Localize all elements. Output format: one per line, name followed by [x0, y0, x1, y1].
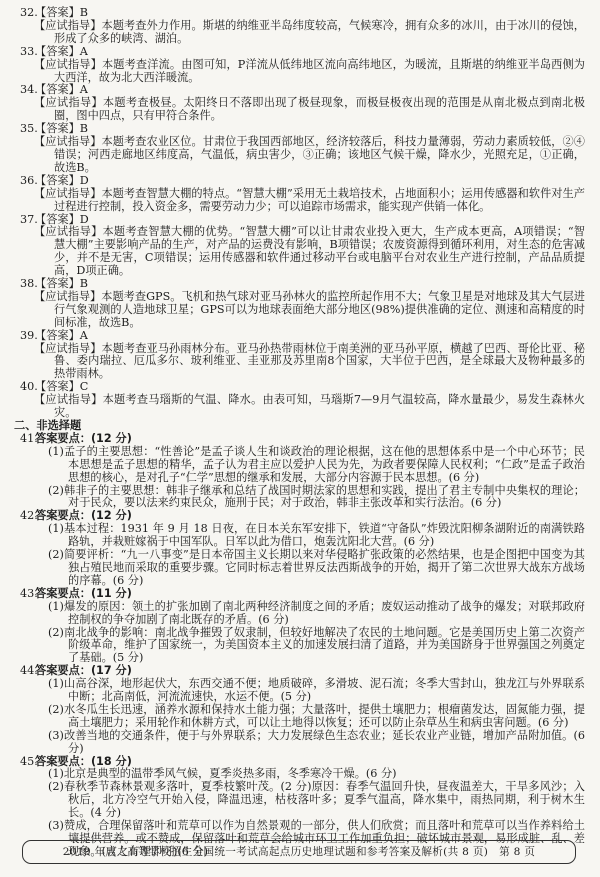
answer-content: 32.【答案】B 【应试指导】本题考查外力作用。斯堪的纳维亚半岛纬度较高，气候寒… [20, 7, 585, 859]
guide-tag: 【应试指导】 [34, 393, 103, 406]
essay-answer-43: 43.答案要点：(11 分) (1)爆发的原因：领土的扩张加剧了南北两种经济制度… [20, 588, 585, 665]
answer-point: (2)春秋季节森林景观多落叶，夏季枝繁叶茂。(2 分)原因：春季气温回升快，昼夜… [34, 781, 585, 820]
answer-point: (2)韩非子的主要思想：韩非子继承和总结了战国时期法家的思想和实践，提出了君主专… [34, 485, 585, 511]
question-number: 37. [20, 214, 35, 227]
guide-text: 本题考查智慧大棚的特点。“智慧大棚”采用无土栽培技术，占地面积小；运用传感器和软… [54, 187, 585, 213]
question-number: 38. [20, 278, 35, 291]
guide-tag: 【应试指导】 [34, 19, 101, 32]
mc-answer-34: 34.【答案】A 【应试指导】本题考查极昼。太阳终日不落即出现了极昼现象，而极昼… [20, 84, 585, 123]
question-number: 35. [20, 123, 35, 136]
document-page: 32.【答案】B 【应试指导】本题考查外力作用。斯堪的纳维亚半岛纬度较高，气候寒… [0, 0, 600, 877]
answer-point: (1)爆发的原因：领土的扩张加剧了南北两种经济制度之间的矛盾；废奴运动推动了战争… [34, 601, 585, 627]
mc-answer-39: 39.【答案】A 【应试指导】本题考查亚马孙雨林分布。亚马孙热带雨林位于南美洲的… [20, 330, 585, 382]
mc-answer-35: 35.【答案】B 【应试指导】本题考查农业区位。甘肃位于我国西部地区，经济较落后… [20, 123, 585, 175]
guide-tag: 【应试指导】 [34, 342, 101, 355]
guide-text: 本题考查外力作用。斯堪的纳维亚半岛纬度较高，气候寒冷，拥有众多的冰川，由于冰川的… [54, 19, 585, 45]
question-number: 42. [20, 510, 35, 523]
essay-answer-41: 41.答案要点：(12 分) (1)孟子的主要思想：“性善论”是孟子谈人生和谈政… [20, 433, 585, 510]
answer-point: (2)水冬瓜生长迅速，涵养水源和保持水土能力强；大量落叶，提供土壤肥力；根瘤菌发… [34, 704, 585, 730]
mc-answer-38: 38.【答案】B 【应试指导】本题考查GPS。飞机和热气球对亚马孙林火的监控所起… [20, 278, 585, 330]
answer-point: (2)南北战争的影响：南北战争摧毁了奴隶制，但较好地解决了农民的土地问题。它是美… [34, 627, 585, 666]
question-number: 34. [20, 84, 35, 97]
guide-text: 本题考查极昼。太阳终日不落即出现了极昼现象，而极昼极夜出现的范围是从南北极点到南… [54, 96, 585, 122]
guide-tag: 【应试指导】 [34, 187, 101, 200]
mc-answer-32: 32.【答案】B 【应试指导】本题考查外力作用。斯堪的纳维亚半岛纬度较高，气候寒… [20, 7, 585, 46]
question-number: 39. [20, 330, 35, 343]
section-title: 二、非选择题 [14, 420, 585, 433]
question-number: 33. [20, 46, 35, 59]
answer-point: (1)基本过程：1931 年 9 月 18 日夜，在日本关东军安排下，铁道“守备… [34, 523, 585, 549]
guide-text: 本题考查洋流。由图可知，P洋流从低纬地区流向高纬地区，为暖流，且斯堪的纳维亚半岛… [54, 58, 585, 84]
guide-tag: 【应试指导】 [34, 225, 103, 238]
guide-text: 本题考查GPS。飞机和热气球对亚马孙林火的监控所起作用不大；气象卫星是对地球及其… [54, 290, 585, 329]
essay-answer-42: 42.答案要点：(12 分) (1)基本过程：1931 年 9 月 18 日夜，… [20, 510, 585, 587]
essay-answer-44: 44.答案要点：(17 分) (1)山高谷深，地形起伏大，东西交通不便；地质破碎… [20, 665, 585, 755]
page-footer: 2019 年成人高等学校招生全国统一考试高起点历史地理试题和参考答案及解析(共 … [22, 840, 576, 864]
mc-answer-33: 33.【答案】A 【应试指导】本题考查洋流。由图可知，P洋流从低纬地区流向高纬地… [20, 46, 585, 85]
answer-point: (1)山高谷深，地形起伏大，东西交通不便；地质破碎，多滑坡、泥石流；冬季大雪封山… [34, 678, 585, 704]
mc-answer-40: 40.【答案】C 【应试指导】本题考查马瑙斯的气温、降水。由表可知，马瑙斯7—9… [20, 381, 585, 420]
guide-text: 本题考查马瑙斯的气温、降水。由表可知，马瑙斯7—9月气温较高，降水量最少，易发生… [54, 393, 585, 419]
mc-answer-36: 36.【答案】D 【应试指导】本题考查智慧大棚的特点。“智慧大棚”采用无土栽培技… [20, 175, 585, 214]
mc-answer-37: 37.【答案】D 【应试指导】本题考查智慧大棚的优势。“智慧大棚”可以让甘肃农业… [20, 214, 585, 279]
answer-point: (1)孟子的主要思想：“性善论”是孟子谈人生和谈政治的理论根据，这在他的思想体系… [34, 446, 585, 485]
answer-points-heading: 答案要点：(11 分) [35, 588, 132, 601]
question-number: 36. [20, 175, 35, 188]
guide-text: 本题考查亚马孙雨林分布。亚马孙热带雨林位于南美洲的亚马孙平原，横越了巴西、哥伦比… [54, 342, 585, 381]
question-number: 45. [20, 756, 35, 769]
guide-tag: 【应试指导】 [34, 96, 103, 109]
question-number: 44. [20, 665, 35, 678]
guide-text: 本题考查智慧大棚的优势。“智慧大棚”可以让甘肃农业投入更大，生产成本更高，A项错… [54, 225, 585, 277]
guide-tag: 【应试指导】 [34, 58, 102, 71]
question-number: 41. [20, 433, 35, 446]
question-number: 32. [20, 7, 35, 20]
question-number: 43. [20, 588, 35, 601]
answer-points-heading: 答案要点：(12 分) [35, 433, 132, 446]
question-number: 40. [20, 381, 35, 394]
guide-tag: 【应试指导】 [34, 290, 101, 303]
answer-point: (2)简要评析：“九一八事变”是日本帝国主义长期以来对华侵略扩张政策的必然结果，… [34, 549, 585, 588]
guide-tag: 【应试指导】 [34, 135, 101, 148]
answer-point: (3)改善当地的交通条件，便于与外界联系；大力发展绿色生态农业；延长农业产业链，… [34, 730, 585, 756]
guide-text: 本题考查农业区位。甘肃位于我国西部地区，经济较落后，科技力量薄弱，劳动力素质较低… [54, 135, 585, 174]
